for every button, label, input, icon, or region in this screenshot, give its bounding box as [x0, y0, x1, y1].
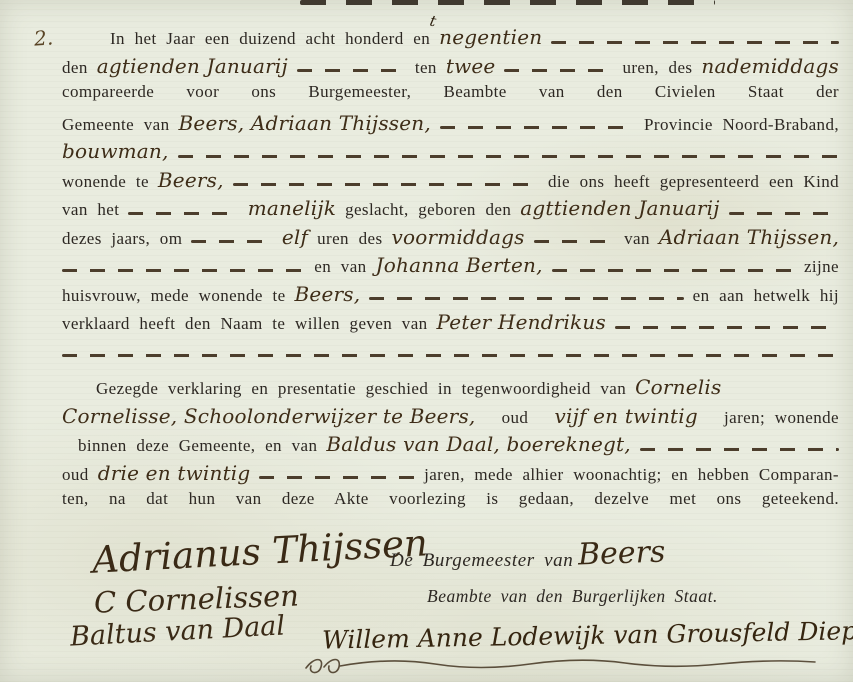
dash-filler [62, 269, 305, 272]
signature-block: Adrianus Thijssen C Cornelissen Baltus v… [0, 524, 853, 682]
act-line: ouddrie en twintigjaren, mede alhier woo… [62, 461, 839, 490]
handwritten-text: Beers, Adriaan Thijssen, [179, 111, 431, 135]
printed-text: en van [314, 257, 366, 277]
act-line: huisvrouw, mede wonende teBeers,en aan h… [62, 282, 839, 311]
act-line: In het Jaar een duizend acht honderd enn… [62, 25, 839, 54]
printed-text: oud [62, 465, 89, 485]
dash-filler [729, 212, 839, 215]
printed-text: binnen deze Gemeente, en van [78, 436, 317, 456]
printed-text: uren des [317, 229, 382, 249]
handwritten-text: agttienden Januarij [520, 196, 719, 220]
handwritten-text: drie en twintig [98, 461, 251, 485]
dash-filler [259, 476, 415, 479]
dash-filler [62, 354, 839, 357]
dash-filler [191, 240, 273, 243]
dash-filler [178, 155, 839, 158]
handwritten-text: bouwman, [62, 139, 169, 163]
printed-text: huisvrouw, mede wonende te [62, 286, 286, 306]
printed-text: geslacht, geboren den [345, 200, 511, 220]
printed-text: van het [62, 200, 119, 220]
act-line: compareerde voor ons Burgemeester, Beamb… [62, 82, 839, 111]
printed-text: dezes jaars, om [62, 229, 182, 249]
handwritten-text: voormiddags [391, 225, 524, 249]
handwritten-text: Cornelis [635, 375, 721, 399]
handwritten-text: elf [282, 225, 308, 249]
act-line: verklaard heeft den Naam te willen geven… [62, 310, 839, 339]
dash-filler [128, 212, 238, 215]
printed-text: die ons heeft gepresenteerd een Kind [548, 172, 839, 192]
mayor-subtitle-printed: Beambte van den Burgerlijken Staat. [427, 586, 718, 607]
printed-text: In het Jaar een duizend acht honderd en [110, 29, 430, 49]
act-line: Gezegde verklaring en presentatie geschi… [62, 375, 839, 404]
act-line: dezes jaars, omelfuren desvoormiddagsvan… [62, 225, 839, 254]
printed-text: Gezegde verklaring en presentatie geschi… [96, 379, 626, 399]
act-line: Gemeente vanBeers, Adriaan Thijssen,Prov… [62, 111, 839, 140]
dash-filler [551, 41, 839, 44]
handwritten-text: nademiddags [701, 54, 839, 78]
act-body-text: In het Jaar een duizend acht honderd enn… [0, 0, 853, 518]
printed-text: oud [502, 408, 529, 428]
printed-text: jaren, mede alhier woonachtig; en hebben… [424, 465, 839, 485]
printed-text: Gemeente van [62, 115, 170, 135]
act-line [62, 339, 839, 368]
mayor-title-printed: De Burgemeester van [390, 550, 573, 572]
mayor-signature: Willem Anne Lodewijk van Grousfeld Diepe… [322, 614, 853, 654]
dash-filler [369, 297, 683, 300]
printed-text: compareerde voor ons Burgemeester, Beamb… [62, 82, 839, 101]
dash-filler [534, 240, 616, 243]
witness-signature-thijssen: Adrianus Thijssen [91, 521, 429, 582]
act-line: wonende teBeers,die ons heeft gepresente… [62, 168, 839, 197]
dash-filler [552, 269, 795, 272]
act-line: en vanJohanna Berten,zijne [62, 253, 839, 282]
handwritten-text: Johanna Berten, [376, 253, 543, 277]
act-line: ten, na dat hun van deze Akte voorlezing… [62, 489, 839, 518]
dash-filler [440, 126, 635, 129]
printed-text: den [62, 58, 88, 78]
printed-text: van [624, 229, 650, 249]
printed-text: en aan hetwelk hij [693, 286, 839, 306]
handwritten-text: manelijk [248, 196, 336, 220]
handwritten-text: Beers, [295, 282, 361, 306]
handwritten-text: Peter Hendrikus [437, 310, 606, 334]
act-line: bouwman, [62, 139, 839, 168]
handwritten-text: agtienden Januarij [97, 54, 288, 78]
dash-filler [233, 183, 539, 186]
printed-text: zijne [804, 257, 839, 277]
birth-certificate-scan: t 2. In het Jaar een duizend acht honder… [0, 0, 853, 682]
act-line: binnen deze Gemeente, en vanBaldus van D… [62, 432, 839, 461]
printed-text: Provincie Noord-Braband, [644, 115, 839, 135]
dash-filler [297, 69, 406, 72]
printed-text: ten, na dat hun van deze Akte voorlezing… [62, 489, 839, 508]
handwritten-text: Baldus van Daal, boereknegt, [326, 432, 631, 456]
printed-text: ten [415, 58, 437, 78]
printed-text: uren, des [622, 58, 692, 78]
printed-text: wonende te [62, 172, 149, 192]
handwritten-text: vijf en twintig [554, 404, 697, 428]
handwritten-text: negentien [439, 25, 542, 49]
handwritten-text: Adriaan Thijssen, [659, 225, 839, 249]
handwritten-text: twee [446, 54, 496, 78]
handwritten-text: Cornelisse, Schoolonderwijzer te Beers, [62, 404, 475, 428]
signature-flourish [300, 656, 830, 676]
handwritten-text: Beers, [158, 168, 224, 192]
act-line: Cornelisse, Schoolonderwijzer te Beers,o… [62, 404, 839, 433]
mayor-place-handwritten: Beers [577, 534, 665, 572]
printed-text: jaren; wonende [724, 408, 839, 428]
dash-filler [615, 326, 839, 329]
act-line: denagtienden Januarijtentweeuren, desnad… [62, 54, 839, 83]
dash-filler [504, 69, 613, 72]
dash-filler [640, 448, 839, 451]
act-line: van hetmanelijkgeslacht, geboren denagtt… [62, 196, 839, 225]
printed-text: verklaard heeft den Naam te willen geven… [62, 314, 428, 334]
